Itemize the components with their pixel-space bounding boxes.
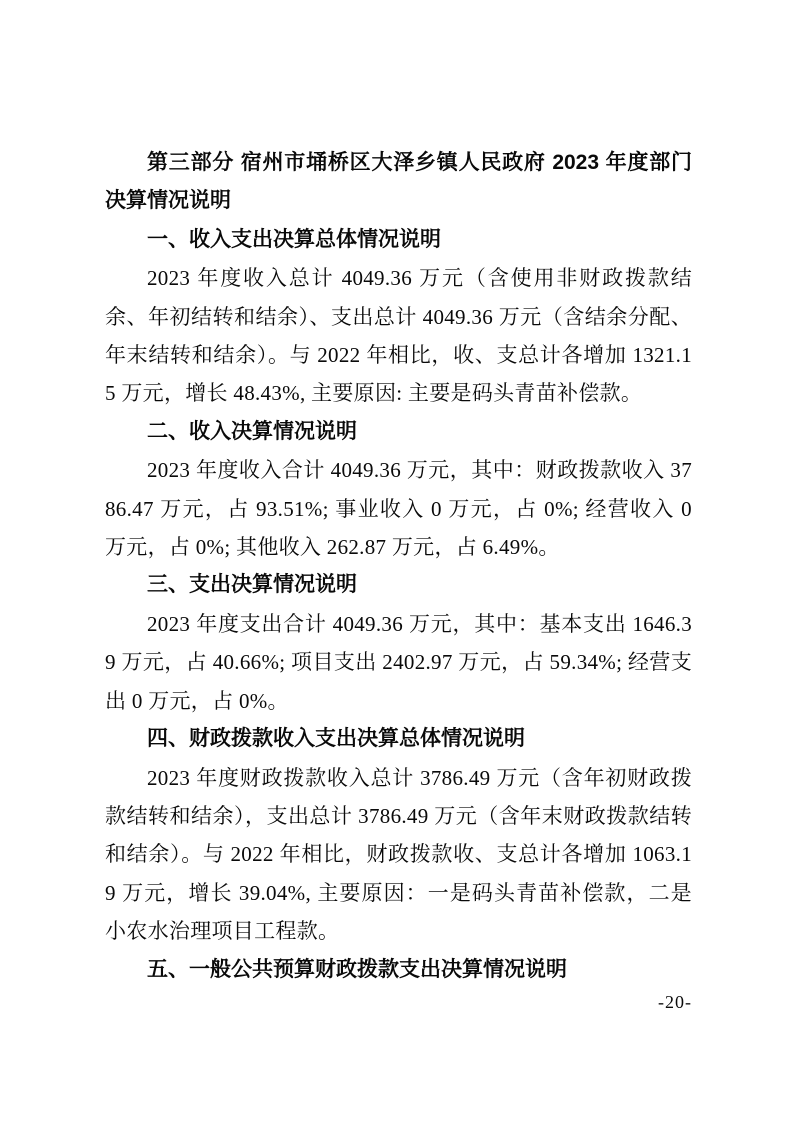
document-title: 第三部分 宿州市埇桥区大泽乡镇人民政府 2023 年度部门决算情况说明 [105,144,692,221]
section-3-heading: 三、支出决算情况说明 [105,566,692,604]
section-2-paragraph: 2023 年度收入合计 4049.36 万元，其中：财政拨款收入 3786.47… [105,451,692,566]
document-body: 第三部分 宿州市埇桥区大泽乡镇人民政府 2023 年度部门决算情况说明 一、收入… [105,144,692,989]
section-3-paragraph: 2023 年度支出合计 4049.36 万元，其中：基本支出 1646.39 万… [105,605,692,720]
section-1-paragraph: 2023 年度收入总计 4049.36 万元（含使用非财政拨款结余、年初结转和结… [105,259,692,413]
section-2-heading: 二、收入决算情况说明 [105,413,692,451]
section-5-heading: 五、一般公共预算财政拨款支出决算情况说明 [105,951,692,989]
section-4-heading: 四、财政拨款收入支出决算总体情况说明 [105,720,692,758]
document-page: 第三部分 宿州市埇桥区大泽乡镇人民政府 2023 年度部门决算情况说明 一、收入… [0,0,793,1122]
page-number: -20- [658,992,692,1013]
section-1-heading: 一、收入支出决算总体情况说明 [105,221,692,259]
section-4-paragraph: 2023 年度财政拨款收入总计 3786.49 万元（含年初财政拨款结转和结余）… [105,759,692,951]
